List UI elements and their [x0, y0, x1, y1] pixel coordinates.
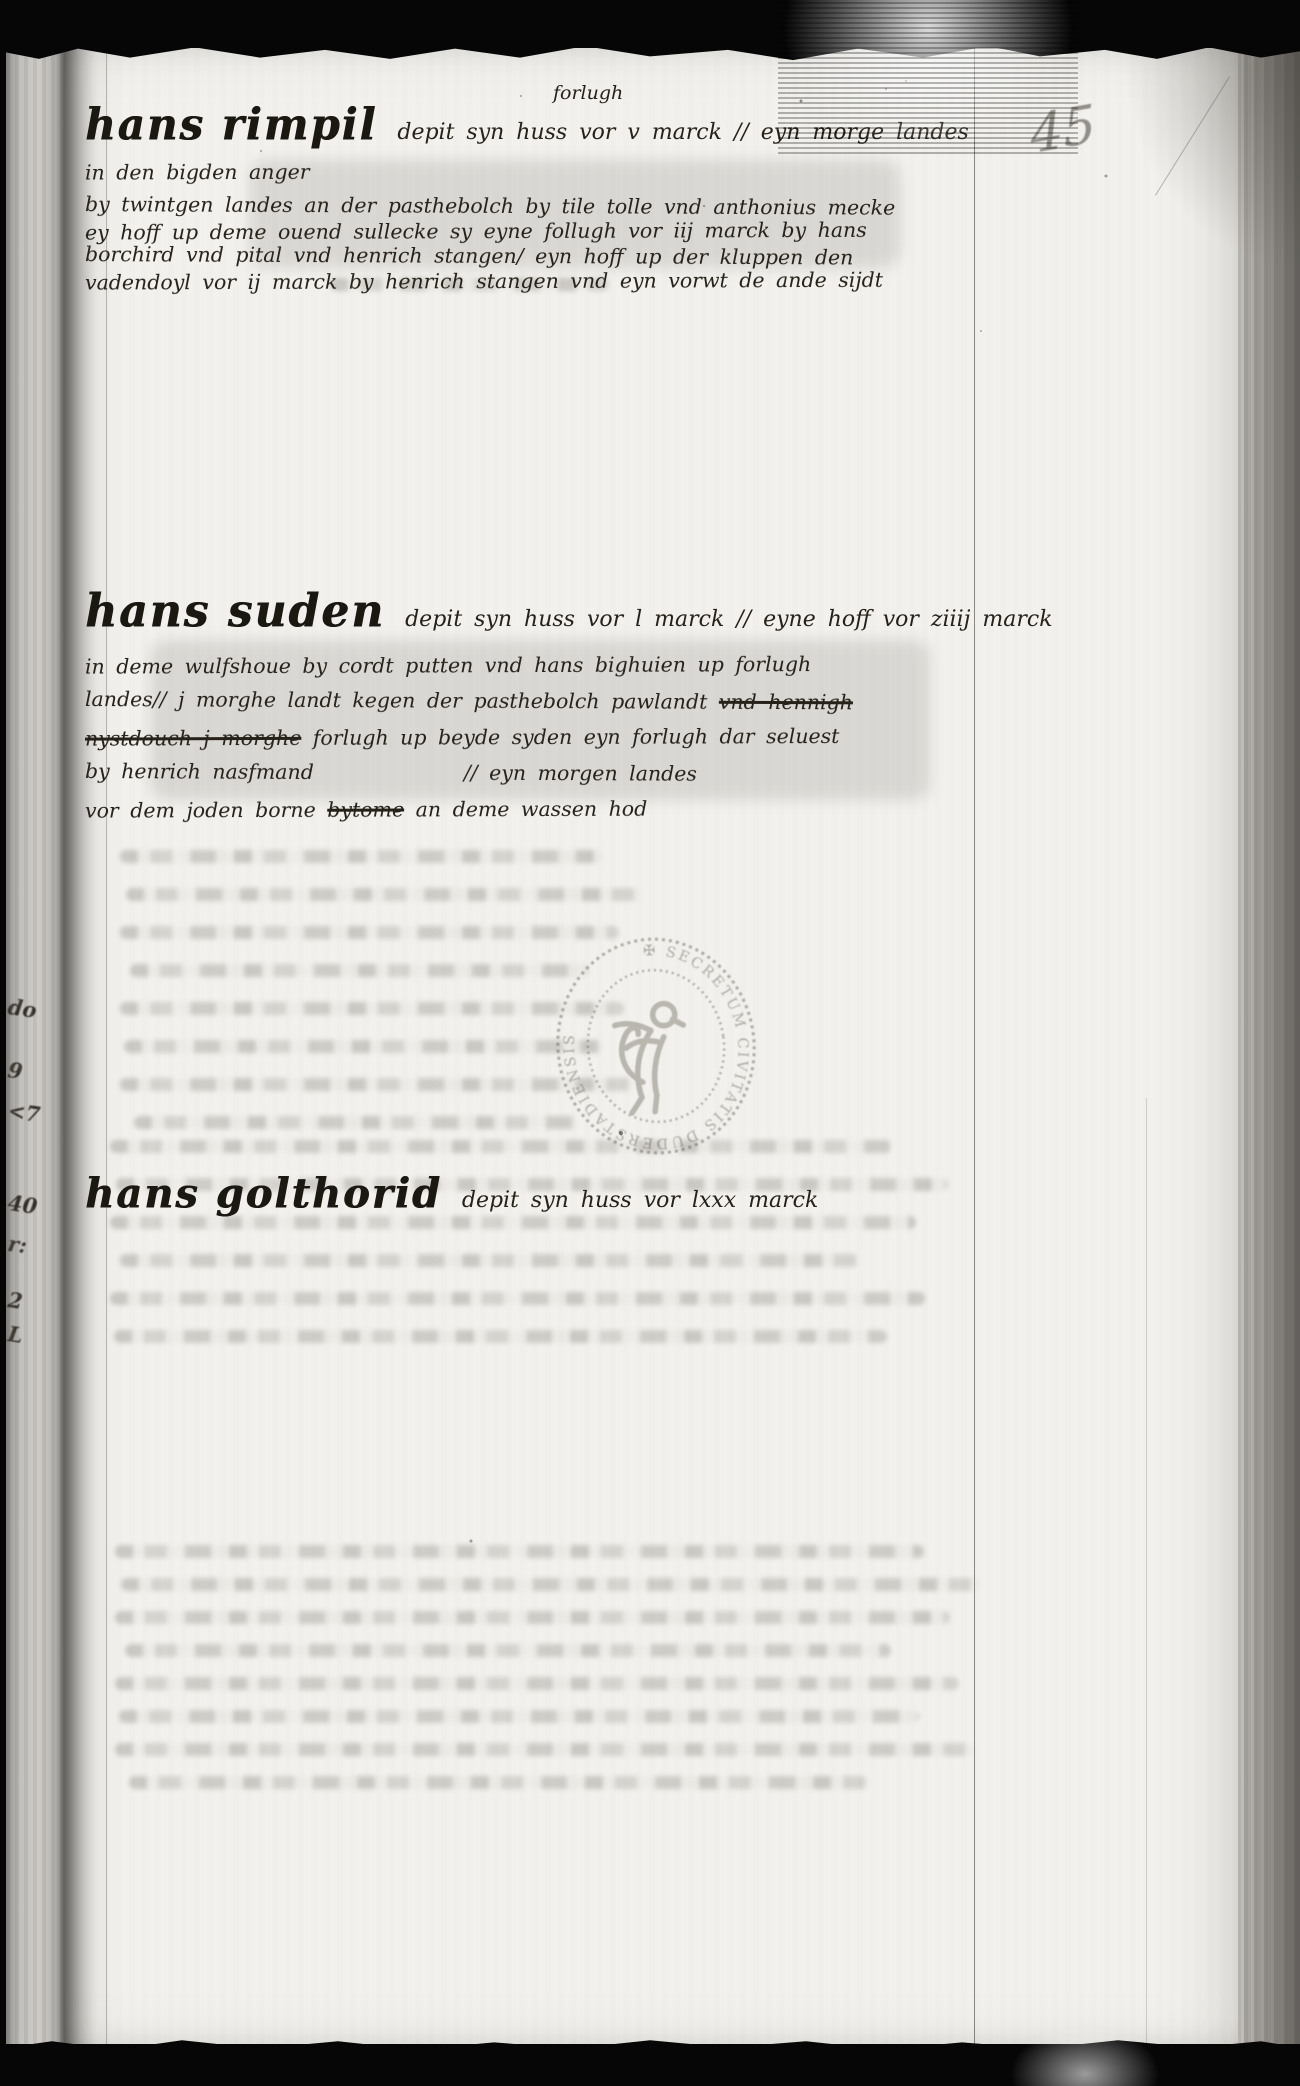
text-segment: in deme wulfshoue by cordt putten vnd ha…	[85, 652, 811, 679]
register-entry-hans-rimpil: hans rimpil depit syn huss vor v marck /…	[85, 100, 965, 294]
text-segment: landes// j morghe landt kegen der pasthe…	[85, 687, 719, 714]
entry-text-line: in deme wulfshoue by cordt putten vnd ha…	[85, 645, 1005, 684]
text-segment: in den bigden anger	[85, 160, 310, 185]
bleed-through-line	[115, 1611, 950, 1624]
entry-text-line: borchird vnd pital vnd henrich stangen/ …	[85, 242, 965, 271]
edge-ink-fragment: L	[6, 1321, 24, 1348]
entry-text-line: vor dem joden borne bytome an deme wasse…	[85, 789, 1005, 828]
bleed-through-line	[126, 888, 641, 901]
edge-ink-fragment: do	[6, 994, 38, 1023]
text-segment: ey hoff up deme ouend sullecke sy eyne f…	[85, 218, 867, 245]
text-segment: vor dem joden borne	[85, 798, 327, 823]
text-segment: vadendoyl vor ij marck by henrich stange…	[85, 268, 883, 295]
dust-specks	[345, 118, 347, 120]
bleed-through-line	[124, 1040, 602, 1053]
struck-text: bytome	[327, 797, 404, 821]
gutter-shadow	[64, 48, 94, 2044]
bleed-through-line	[114, 1330, 887, 1343]
bleed-through-line	[129, 1776, 869, 1789]
scanner-background-left	[0, 0, 6, 2086]
struck-text: vnd hennigh	[719, 690, 853, 715]
torn-page-bottom-edge	[0, 2034, 1300, 2086]
text-segment: by henrich nasfmand	[85, 759, 314, 784]
seal-graphic: ✠ SECRETUM CIVITATIS DUDERSTADIENSIS	[535, 916, 777, 1175]
entry-text-line: vadendoyl vor ij marck by henrich stange…	[85, 267, 965, 295]
bleed-through-line	[130, 964, 588, 977]
register-entry-hans-golthorid: hans golthorid depit syn huss vor lxxx m…	[85, 1170, 865, 1227]
entry-heading-text: depit syn huss vor v marck // eyn morge …	[397, 120, 968, 145]
bleed-through-text	[115, 1545, 985, 1809]
entry-body: in deme wulfshoue by cordt putten vnd ha…	[85, 647, 1005, 827]
entry-text-line: by twintgen landes an der pasthebolch by…	[85, 192, 965, 221]
bleed-through-line	[120, 850, 604, 863]
entry-body: in den bigden angerby twintgen landes an…	[85, 159, 965, 294]
entry-heading: hans rimpil depit syn huss vor v marck /…	[85, 100, 965, 149]
text-segment: forlugh up beyde syden eyn forlugh dar s…	[301, 724, 839, 750]
entry-heading-text: depit syn huss vor l marck // eyne hoff …	[405, 607, 1053, 632]
page-corner-shade	[1120, 48, 1300, 268]
text-segment: an deme wassen hod	[404, 797, 647, 822]
page-crease	[1146, 1098, 1147, 2044]
fore-edge-band	[1238, 48, 1300, 2044]
city-seal-stamp: ✠ SECRETUM CIVITATIS DUDERSTADIENSIS	[535, 916, 777, 1175]
entry-text-line: landes// j morghe landt kegen der pasthe…	[85, 681, 1005, 721]
bleed-through-line	[115, 1545, 924, 1558]
bleed-through-line	[134, 1116, 576, 1129]
edge-ink-fragment: 9	[6, 1057, 24, 1084]
edge-ink-fragment: <7	[6, 1098, 41, 1127]
entry-text-line: nystdouch j morghe forlugh up beyde syde…	[85, 717, 1005, 756]
bleed-through-line	[115, 1743, 976, 1756]
text-segment: by twintgen landes an der pasthebolch by…	[85, 192, 895, 220]
bleed-through-line	[121, 1578, 982, 1591]
struck-text: nystdouch j morghe	[85, 726, 301, 751]
bleed-through-line	[115, 1677, 959, 1690]
bleed-through-line	[119, 1710, 919, 1723]
entry-heading-text: depit syn huss vor lxxx marck	[462, 1188, 818, 1213]
folio-number: 45	[1028, 94, 1097, 166]
bleed-through-line	[120, 1254, 859, 1267]
entry-text-line: in den bigden anger	[85, 157, 965, 185]
previous-page-edge: do9<740r:2L	[6, 44, 64, 2044]
entry-heading: hans golthorid depit syn huss vor lxxx m…	[85, 1170, 865, 1217]
edge-ink-fragment: 40	[6, 1190, 38, 1219]
lion-rampant-icon	[613, 1001, 695, 1115]
entry-name: hans golthorid	[85, 1169, 442, 1218]
edge-ink-fragment: 2	[6, 1287, 24, 1314]
entry-text-line: by henrich nasfmand// eyn morgen landes	[85, 753, 1005, 793]
manuscript-scan: do9<740r:2L ✠ SECRETUM CIVITATIS DUDERST…	[0, 0, 1300, 2086]
bleed-through-line	[110, 1292, 925, 1305]
bleed-through-line	[125, 1644, 891, 1657]
entry-name: hans suden	[85, 585, 385, 638]
bleed-through-line	[120, 926, 619, 939]
seal-inscription-text: ✠ SECRETUM CIVITATIS DUDERSTADIENSIS	[548, 931, 763, 1164]
interline-addition: forlugh	[553, 82, 623, 104]
edge-ink-fragment: r:	[6, 1231, 28, 1258]
entry-heading: hans suden depit syn huss vor l marck //…	[85, 586, 1005, 637]
entry-name: hans rimpil	[85, 99, 377, 150]
margin-rule-line	[106, 48, 107, 2044]
entry-text-line: ey hoff up deme ouend sullecke sy eyne f…	[85, 217, 965, 245]
register-entry-hans-suden: hans suden depit syn huss vor l marck //…	[85, 586, 1005, 827]
text-segment: borchird vnd pital vnd henrich stangen/ …	[85, 242, 853, 269]
text-segment: // eyn morgen landes	[464, 761, 697, 786]
